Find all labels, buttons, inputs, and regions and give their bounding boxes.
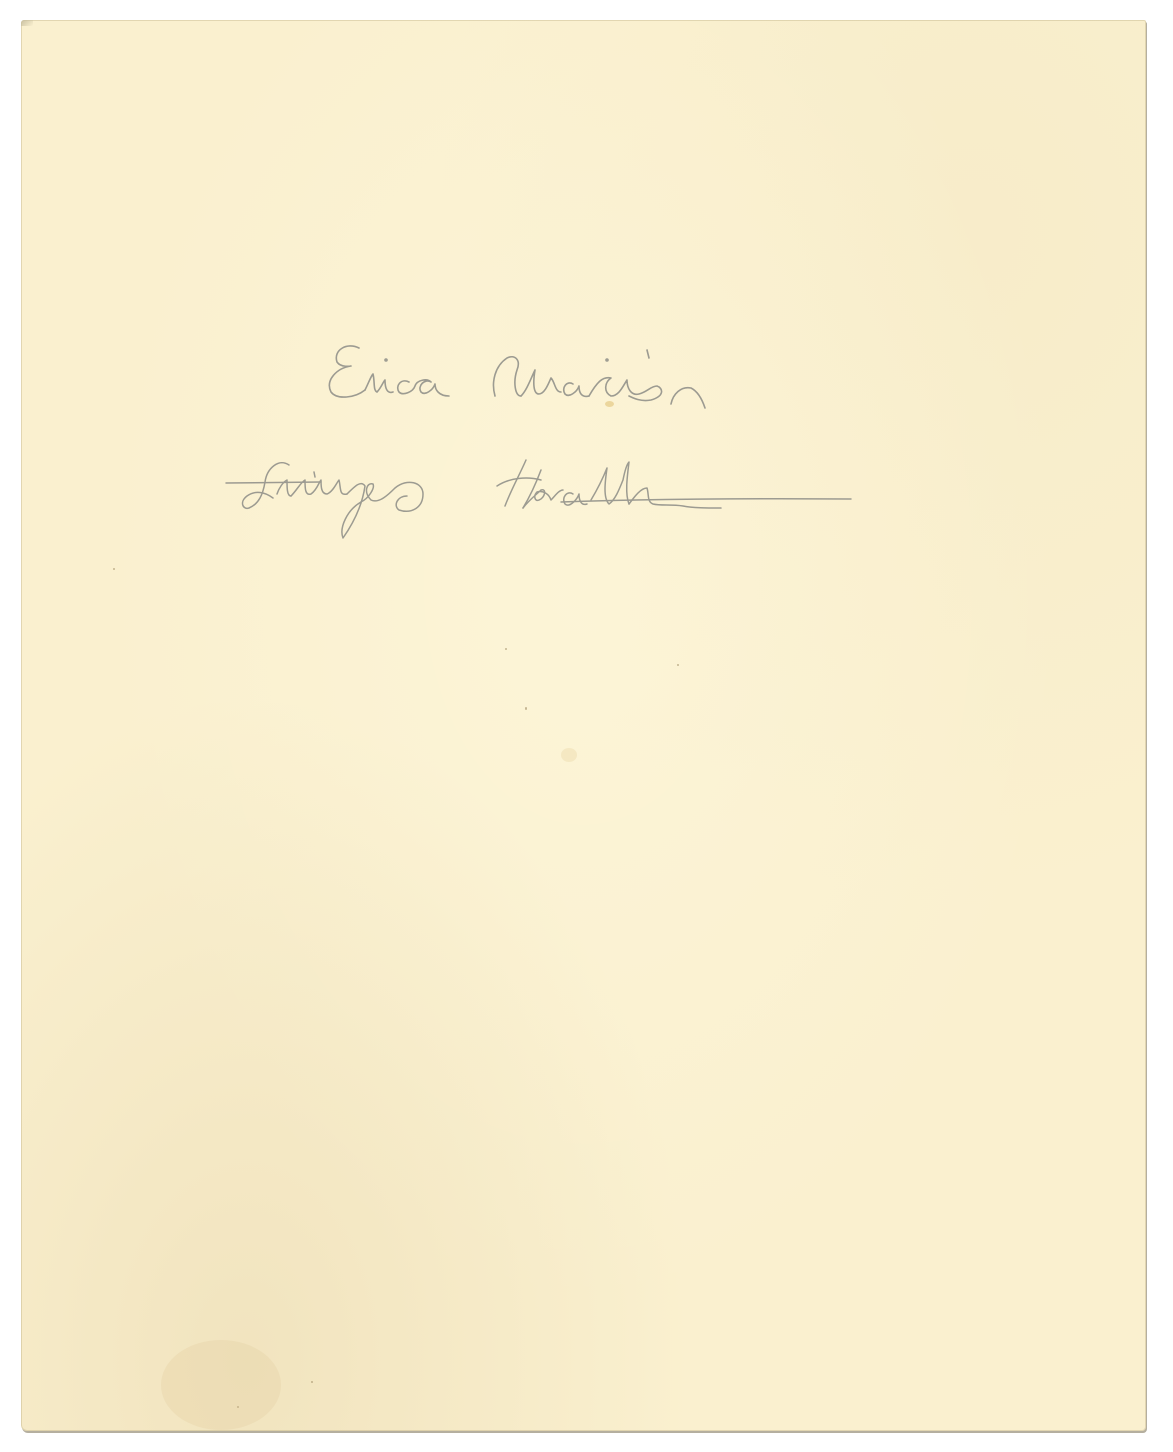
inscription-line-1: Erica Abraxis ~ bbox=[321, 350, 641, 396]
paper-speck bbox=[677, 664, 679, 666]
card-back: Erica Abraxis ~ Fringed Heather bbox=[21, 20, 1146, 1431]
paper-speck bbox=[525, 707, 527, 710]
paper-speck bbox=[505, 648, 507, 650]
paper-speck bbox=[113, 568, 115, 570]
paper-speck bbox=[311, 1381, 313, 1383]
inscription-line-2: Fringed Heather bbox=[216, 470, 556, 516]
paper-stain bbox=[161, 1340, 281, 1430]
pencil-handwriting bbox=[21, 20, 1146, 1431]
paper-stain bbox=[605, 401, 614, 407]
paper-stain bbox=[561, 748, 577, 762]
worn-corner bbox=[21, 20, 33, 26]
